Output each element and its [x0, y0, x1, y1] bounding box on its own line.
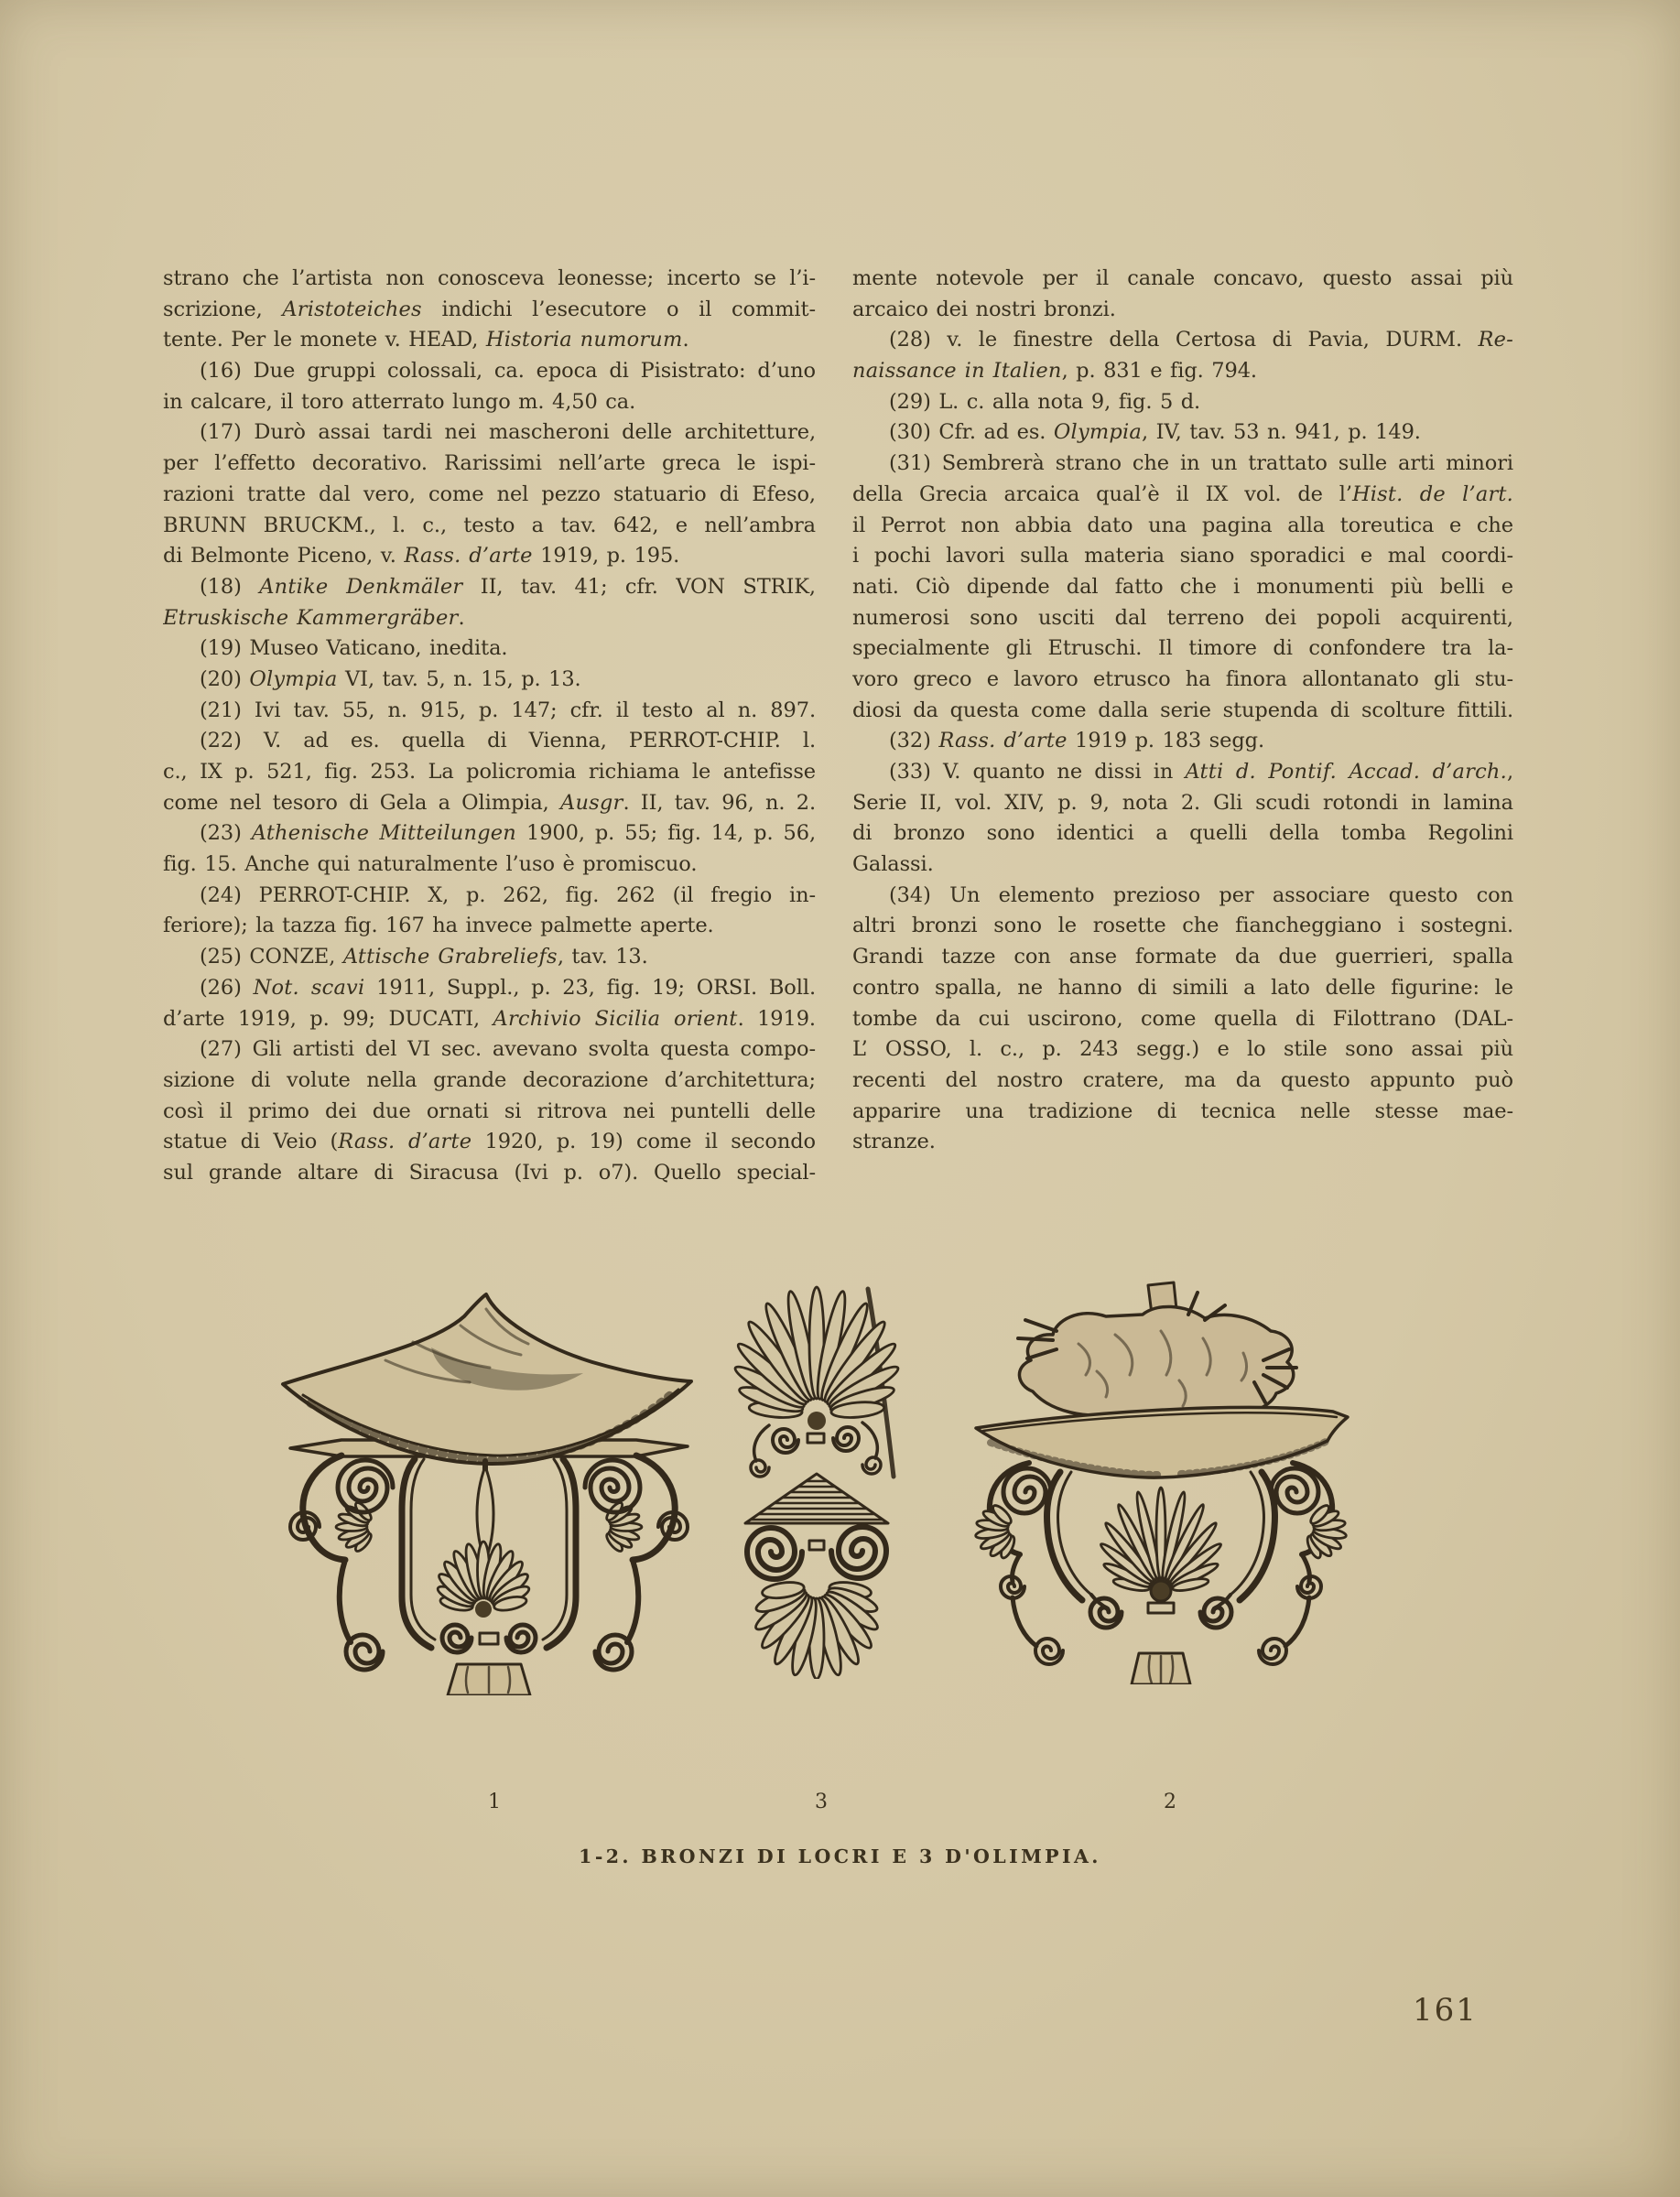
body-line: altri bronzi sono le rosette che fianche… [852, 911, 1513, 942]
body-line: tente. Per le monete v. HEAD, Historia n… [163, 325, 816, 356]
body-line: d’arte 1919, p. 99; DUCATI, Archivio Sic… [163, 1004, 816, 1035]
body-line: (18) Antike Denkmäler II, tav. 41; cfr. … [163, 572, 816, 603]
body-line: in calcare, il toro atterrato lungo m. 4… [163, 387, 816, 418]
body-line: così il primo dei due ornati si ritrova … [163, 1097, 816, 1128]
body-line: per l’effetto decorativo. Rarissimi nell… [163, 449, 816, 480]
body-line: (21) Ivi tav. 55, n. 915, p. 147; cfr. i… [163, 696, 816, 727]
body-line: (34) Un elemento prezioso per associare … [852, 881, 1513, 912]
body-line: mente notevole per il canale concavo, qu… [852, 264, 1513, 295]
body-line: tombe da cui uscirono, come quella di Fi… [852, 1004, 1513, 1035]
page-number: 161 [1413, 1992, 1478, 2029]
figure-caption: 1-2. BRONZI DI LOCRI E 3 D'OLIMPIA. [0, 1845, 1680, 1867]
body-line: (33) V. quanto ne dissi in Atti d. Ponti… [852, 757, 1513, 788]
body-line: specialmente gli Etruschi. Il timore di … [852, 633, 1513, 665]
body-line: (30) Cfr. ad es. Olympia, IV, tav. 53 n.… [852, 417, 1513, 449]
body-line: i pochi lavori sulla materia siano spora… [852, 541, 1513, 572]
figure-bronze-1 [277, 1287, 700, 1695]
body-line: razioni tratte dal vero, come nel pezzo … [163, 480, 816, 511]
body-line: L’ OSSO, l. c., p. 243 segg.) e lo stile… [852, 1034, 1513, 1066]
body-line: di bronzo sono identici a quelli della t… [852, 818, 1513, 850]
figure-label-2: 2 [1143, 1791, 1198, 1813]
body-line: sizione di volute nella grande decorazio… [163, 1066, 816, 1097]
body-line: diosi da questa come dalla serie stupend… [852, 696, 1513, 727]
body-line: (27) Gli artisti del VI sec. avevano svo… [163, 1034, 816, 1066]
body-line: recenti del nostro cratere, ma da questo… [852, 1066, 1513, 1097]
body-line: come nel tesoro di Gela a Olimpia, Ausgr… [163, 788, 816, 819]
text-column-right: mente notevole per il canale concavo, qu… [852, 264, 1513, 1158]
body-line: arcaico dei nostri bronzi. [852, 295, 1513, 326]
body-line: nati. Ciò dipende dal fatto che i monume… [852, 572, 1513, 603]
body-line: Etruskische Kammergräber. [163, 603, 816, 634]
body-line: di Belmonte Piceno, v. Rass. d’arte 1919… [163, 541, 816, 572]
body-line: numerosi sono usciti dal terreno dei pop… [852, 603, 1513, 634]
figure-bronze-2 [969, 1280, 1353, 1684]
body-line: (20) Olympia VI, tav. 5, n. 15, p. 13. [163, 665, 816, 696]
body-line: scrizione, Aristoteiches indichi l’esecu… [163, 295, 816, 326]
body-line: statue di Veio (Rass. d’arte 1920, p. 19… [163, 1127, 816, 1158]
figure-bronze-3 [723, 1283, 906, 1679]
body-line: il Perrot non abbia dato una pagina alla… [852, 511, 1513, 542]
body-line: (28) v. le finestre della Certosa di Pav… [852, 325, 1513, 356]
body-line: fig. 15. Anche qui naturalmente l’uso è … [163, 850, 816, 881]
body-line: (29) L. c. alla nota 9, fig. 5 d. [852, 387, 1513, 418]
body-line: (17) Durò assai tardi nei mascheroni del… [163, 417, 816, 449]
body-line: (19) Museo Vaticano, inedita. [163, 633, 816, 665]
body-line: (32) Rass. d’arte 1919 p. 183 segg. [852, 726, 1513, 757]
body-line: Galassi. [852, 850, 1513, 881]
body-line: c., IX p. 521, fig. 253. La policromia r… [163, 757, 816, 788]
body-line: voro greco e lavoro etrusco ha finora al… [852, 665, 1513, 696]
body-line: della Grecia arcaica qual’è il IX vol. d… [852, 480, 1513, 511]
body-line: BRUNN BRUCKM., l. c., testo a tav. 642, … [163, 511, 816, 542]
figure-label-1: 1 [467, 1791, 522, 1813]
body-line: (16) Due gruppi colossali, ca. epoca di … [163, 356, 816, 387]
body-line: naissance in Italien, p. 831 e fig. 794. [852, 356, 1513, 387]
body-line: Serie II, vol. XIV, p. 9, nota 2. Gli sc… [852, 788, 1513, 819]
body-line: sul grande altare di Siracusa (Ivi p. o7… [163, 1158, 816, 1189]
body-line: strano che l’artista non conosceva leone… [163, 264, 816, 295]
body-line: contro spalla, ne hanno di simili a lato… [852, 973, 1513, 1004]
body-line: Grandi tazze con anse formate da due gue… [852, 942, 1513, 973]
body-line: stranze. [852, 1127, 1513, 1158]
body-line: (25) CONZE, Attische Grabreliefs, tav. 1… [163, 942, 816, 973]
body-line: feriore); la tazza fig. 167 ha invece pa… [163, 911, 816, 942]
text-column-left: strano che l’artista non conosceva leone… [163, 264, 816, 1189]
body-line: (22) V. ad es. quella di Vienna, PERROT-… [163, 726, 816, 757]
body-line: (31) Sembrerà strano che in un trattato … [852, 449, 1513, 480]
scanned-book-page: strano che l’artista non conosceva leone… [0, 0, 1680, 2197]
body-line: (24) PERROT-CHIP. X, p. 262, fig. 262 (i… [163, 881, 816, 912]
figure-label-3: 3 [794, 1791, 849, 1813]
body-line: apparire una tradizione di tecnica nelle… [852, 1097, 1513, 1128]
body-line: (23) Athenische Mitteilungen 1900, p. 55… [163, 818, 816, 850]
body-line: (26) Not. scavi 1911, Suppl., p. 23, fig… [163, 973, 816, 1004]
